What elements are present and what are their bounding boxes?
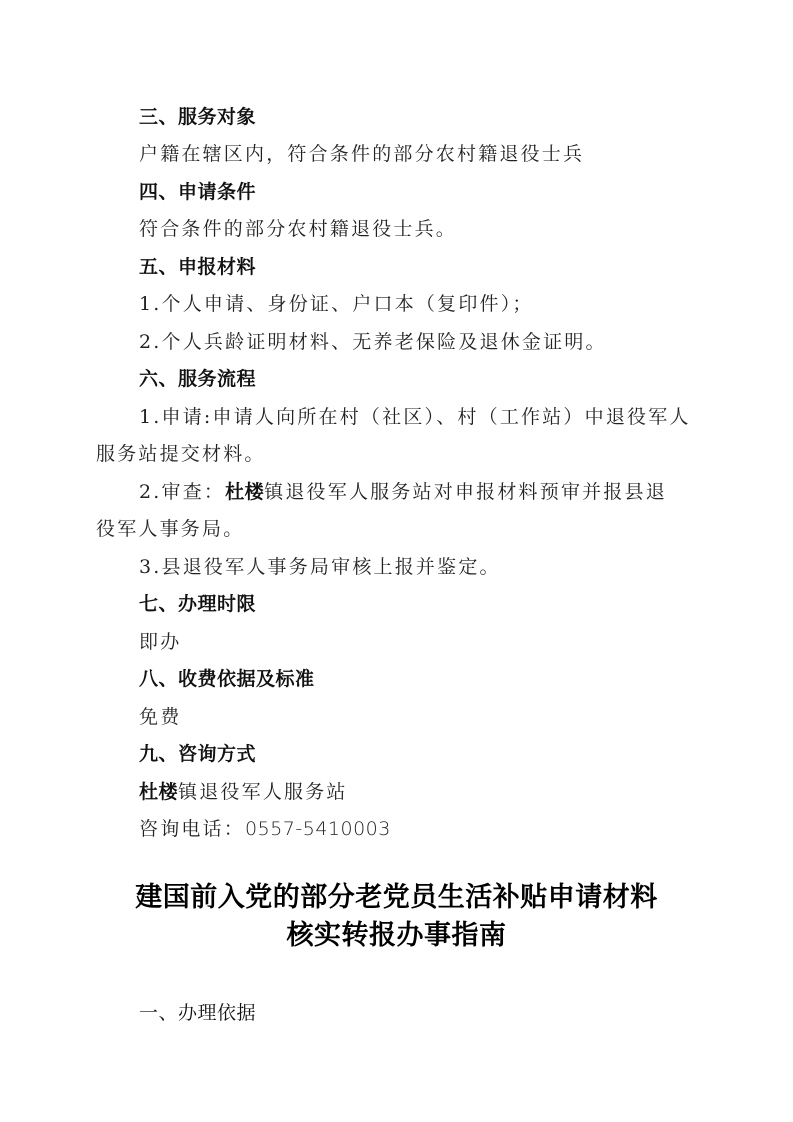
heading-basis: 一、办理依据 bbox=[139, 1000, 759, 1026]
heading-application-conditions: 四、申请条件 bbox=[139, 179, 759, 205]
org-name-rest: 镇退役军人服务站 bbox=[178, 781, 348, 803]
materials-item-2: 2.个人兵龄证明材料、无养老保险及退休金证明。 bbox=[139, 329, 759, 355]
time-limit-text: 即办 bbox=[139, 629, 759, 655]
document-page: 三、服务对象 户籍在辖区内，符合条件的部分农村籍退役士兵 四、申请条件 符合条件… bbox=[0, 0, 793, 1122]
town-name: 杜楼 bbox=[225, 481, 264, 503]
heading-service-process: 六、服务流程 bbox=[139, 366, 759, 392]
service-target-text: 户籍在辖区内，符合条件的部分农村籍退役士兵 bbox=[139, 141, 759, 167]
process-step-2-line2: 役军人事务局。 bbox=[96, 516, 716, 542]
step-2-rest: 镇退役军人服务站对申报材料预审并报县退 bbox=[264, 481, 667, 503]
next-doc-title-line2: 核实转报办事指南 bbox=[0, 918, 793, 954]
org-town-name: 杜楼 bbox=[139, 781, 178, 803]
phone-number: 0557-5410003 bbox=[245, 818, 391, 840]
phone-label: 咨询电话： bbox=[139, 818, 245, 840]
consultation-org: 杜楼镇退役军人服务站 bbox=[139, 779, 759, 805]
step-2-prefix: 2.审查： bbox=[139, 481, 225, 503]
fee-text: 免费 bbox=[139, 704, 759, 730]
application-conditions-text: 符合条件的部分农村籍退役士兵。 bbox=[139, 216, 759, 242]
heading-fee-standard: 八、收费依据及标准 bbox=[139, 666, 759, 692]
process-step-1-line1: 1.申请:申请人向所在村（社区）、村（工作站）中退役军人 bbox=[139, 404, 759, 430]
process-step-3: 3.县退役军人事务局审核上报并鉴定。 bbox=[139, 554, 759, 580]
next-doc-title-line1: 建国前入党的部分老党员生活补贴申请材料 bbox=[0, 880, 793, 916]
heading-service-target: 三、服务对象 bbox=[139, 104, 759, 130]
heading-materials: 五、申报材料 bbox=[139, 254, 759, 280]
consultation-phone: 咨询电话：0557-5410003 bbox=[139, 816, 759, 842]
heading-consultation: 九、咨询方式 bbox=[139, 741, 759, 767]
process-step-2-line1: 2.审查：杜楼镇退役军人服务站对申报材料预审并报县退 bbox=[139, 479, 759, 505]
process-step-1-line2: 服务站提交材料。 bbox=[96, 441, 716, 467]
heading-time-limit: 七、办理时限 bbox=[139, 591, 759, 617]
materials-item-1: 1.个人申请、身份证、户口本（复印件）； bbox=[139, 291, 759, 317]
